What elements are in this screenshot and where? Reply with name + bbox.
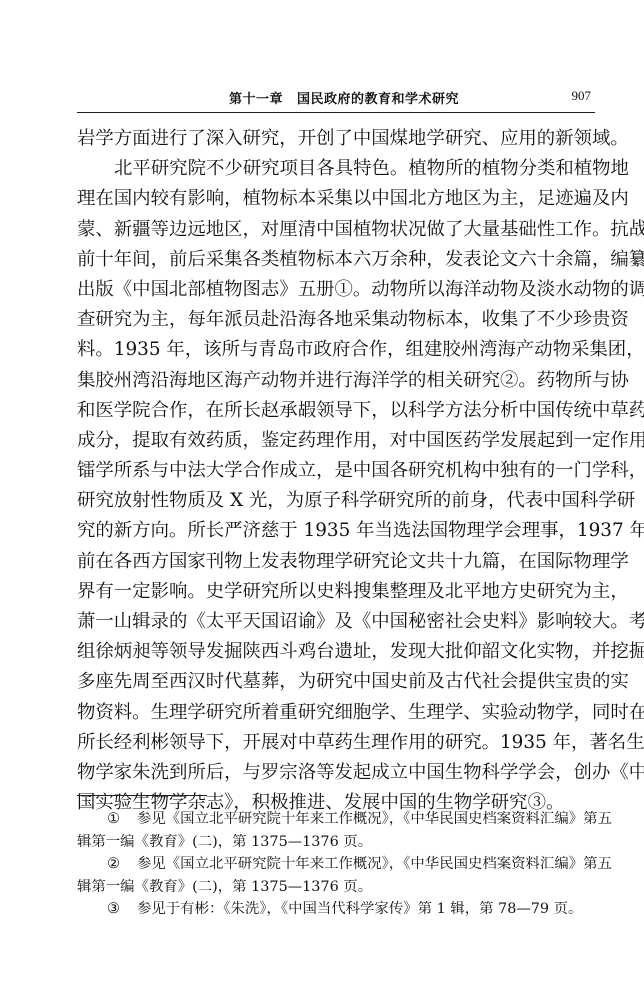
body-text: 岩学方面进行了深入研究，开创了中国煤地学研究、应用的新领域。 北平研究院不少研究… xyxy=(77,124,597,818)
text-line: 查研究为主，每年派员赴沿海各地采集动物标本，收集了不少珍贵资 xyxy=(77,305,597,335)
chapter-title: 国民政府的教育和学术研究 xyxy=(297,92,459,107)
page-number: 907 xyxy=(572,88,592,104)
text-line: 物资料。生理学研究所着重研究细胞学、生理学、实验动物学，同时在 xyxy=(77,698,597,728)
footnote-3: ③参见于有彬：《朱洗》，《中国当代科学家传》第 1 辑，第 78—79 页。 xyxy=(77,898,597,921)
footnotes: ①参见《国立北平研究院十年来工作概况》，《中华民国史档案资料汇编》第五 辑第一编… xyxy=(77,808,597,921)
text-line: 集胶州湾沿海地区海产动物并进行海洋学的相关研究②。药物所与协 xyxy=(77,366,597,396)
text-line: 组徐炳昶等领导发掘陕西斗鸡台遗址，发现大批仰韶文化实物，并挖掘 xyxy=(77,637,597,667)
text-line: 料。1935 年，该所与青岛市政府合作，组建胶州湾海产动物采集团，采 xyxy=(77,335,597,365)
running-header: 第十一章国民政府的教育和学术研究 907 xyxy=(77,88,595,108)
text-line: 和医学院合作，在所长赵承嘏领导下，以科学方法分析中国传统中草药 xyxy=(77,396,597,426)
footnote-2: ②参见《国立北平研究院十年来工作概况》，《中华民国史档案资料汇编》第五 辑第一编… xyxy=(77,853,597,898)
footnote-divider xyxy=(77,795,207,796)
running-header-title: 第十一章国民政府的教育和学术研究 xyxy=(229,88,459,107)
footnote-marker: ② xyxy=(107,853,137,876)
chapter-label: 第十一章 xyxy=(229,92,283,107)
text-line: 萧一山辑录的《太平天国诏谕》及《中国秘密社会史料》影响较大。考古 xyxy=(77,607,597,637)
text-line: 北平研究院不少研究项目各具特色。植物所的植物分类和植物地 xyxy=(77,154,597,184)
footnote-marker: ① xyxy=(107,808,137,831)
text-line: 镭学所系与中法大学合作成立，是中国各研究机构中独有的一门学科， xyxy=(77,456,597,486)
text-line: 出版《中国北部植物图志》五册①。动物所以海洋动物及淡水动物的调 xyxy=(77,275,597,305)
footnote-text: 辑第一编《教育》(二)，第 1375—1376 页。 xyxy=(77,876,597,899)
header-divider xyxy=(77,112,595,113)
text-line: 成分，提取有效药质，鉴定药理作用，对中国医药学发展起到一定作用。 xyxy=(77,426,597,456)
footnote-text: 辑第一编《教育》(二)，第 1375—1376 页。 xyxy=(77,831,597,854)
footnote-text: 参见《国立北平研究院十年来工作概况》，《中华民国史档案资料汇编》第五 xyxy=(137,811,612,827)
footnote-marker: ③ xyxy=(107,898,137,921)
book-page: 第十一章国民政府的教育和学术研究 907 岩学方面进行了深入研究，开创了中国煤地… xyxy=(0,0,644,1000)
text-line: 蒙、新疆等边远地区，对厘清中国植物状况做了大量基础性工作。抗战 xyxy=(77,215,597,245)
text-line: 界有一定影响。史学研究所以史料搜集整理及北平地方史研究为主， xyxy=(77,577,597,607)
footnote-1: ①参见《国立北平研究院十年来工作概况》，《中华民国史档案资料汇编》第五 辑第一编… xyxy=(77,808,597,853)
text-line: 前十年间，前后采集各类植物标本六万余种，发表论文六十余篇，编纂 xyxy=(77,245,597,275)
footnote-text: 参见《国立北平研究院十年来工作概况》，《中华民国史档案资料汇编》第五 xyxy=(137,856,612,872)
text-line: 多座先周至西汉时代墓葬，为研究中国史前及古代社会提供宝贵的实 xyxy=(77,667,597,697)
text-line: 所长经利彬领导下，开展对中草药生理作用的研究。1935 年，著名生 xyxy=(77,728,597,758)
footnote-text: 参见于有彬：《朱洗》，《中国当代科学家传》第 1 辑，第 78—79 页。 xyxy=(137,901,582,917)
text-line: 理在国内较有影响，植物标本采集以中国北方地区为主，足迹遍及内 xyxy=(77,184,597,214)
text-line: 物学家朱洗到所后，与罗宗洛等发起成立中国生物科学学会，创办《中 xyxy=(77,758,597,788)
text-line: 岩学方面进行了深入研究，开创了中国煤地学研究、应用的新领域。 xyxy=(77,124,597,154)
text-line: 研究放射性物质及 X 光，为原子科学研究所的前身，代表中国科学研 xyxy=(77,486,597,516)
text-line: 前在各西方国家刊物上发表物理学研究论文共十九篇，在国际物理学 xyxy=(77,547,597,577)
text-line: 究的新方向。所长严济慈于 1935 年当选法国物理学会理事，1937 年 xyxy=(77,516,597,546)
